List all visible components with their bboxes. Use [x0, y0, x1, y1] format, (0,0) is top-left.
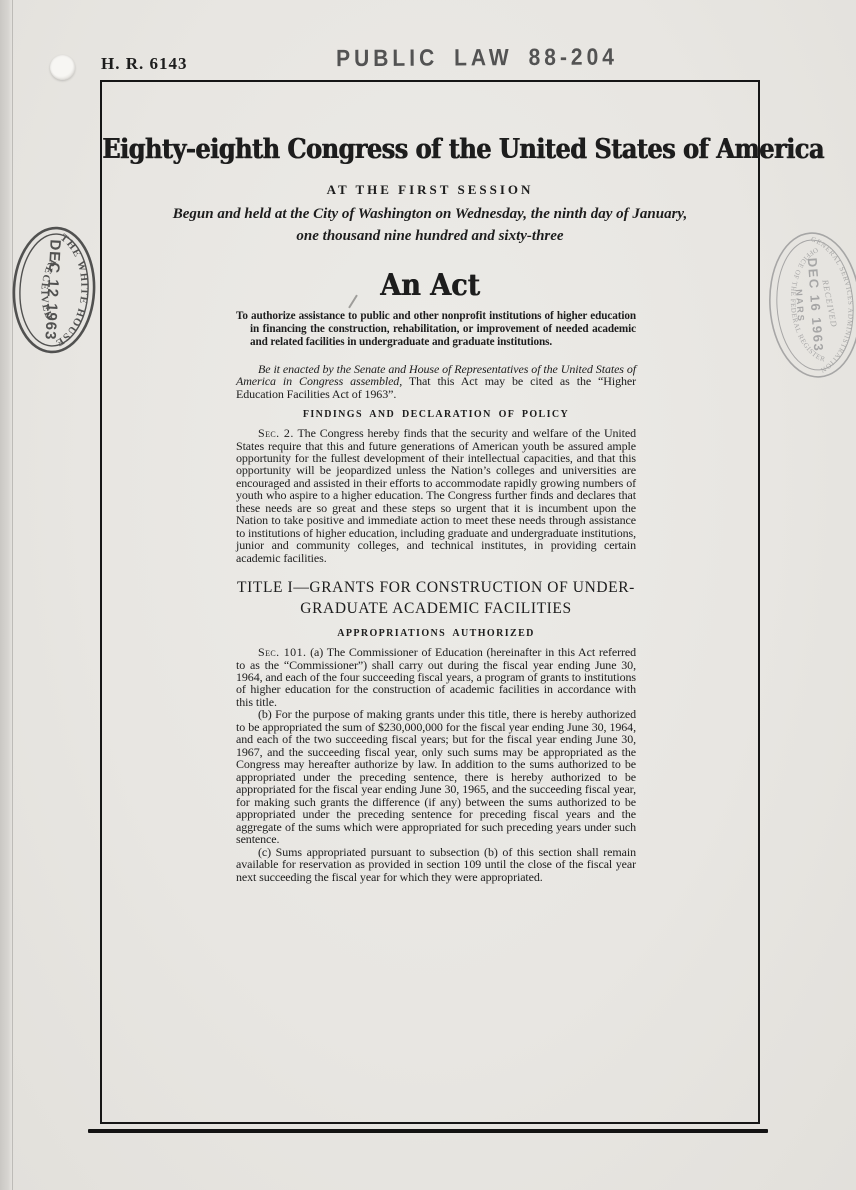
act-heading: An Act: [102, 268, 758, 302]
section-101a-paragraph: Sec. 101. (a) The Commissioner of Educat…: [236, 646, 636, 708]
session-line: AT THE FIRST SESSION: [102, 182, 758, 198]
scanned-page: H. R. 6143 PUBLIC LAW 88-204 Eighty-eigh…: [0, 0, 856, 1190]
bottom-rule: [88, 1129, 768, 1133]
appropriations-heading: APPROPRIATIONS AUTHORIZED: [236, 628, 636, 639]
act-purpose: To authorize assistance to public and ot…: [236, 310, 636, 350]
begun-line-1: Begun and held at the City of Washington…: [102, 204, 758, 226]
bill-number: H. R. 6143: [101, 54, 188, 74]
section-2-text: The Congress hereby finds that the secur…: [236, 426, 636, 565]
section-2-paragraph: Sec. 2. The Congress hereby finds that t…: [236, 427, 636, 564]
begun-lines: Begun and held at the City of Washington…: [102, 204, 758, 248]
punch-hole: [50, 55, 75, 80]
act-body: To authorize assistance to public and ot…: [236, 310, 636, 883]
section-101c-paragraph: (c) Sums appropriated pursuant to subsec…: [236, 846, 636, 883]
title-1-heading-line-2: GRADUATE ACADEMIC FACILITIES: [236, 599, 636, 620]
nars-stamp-date: DEC 16 1963: [805, 257, 827, 352]
document-border-box: Eighty-eighth Congress of the United Sta…: [100, 80, 760, 1124]
white-house-stamp: THE WHITE HOUSE DEC 12 1963 RECEIVED: [7, 220, 102, 360]
nars-received-stamp: GENERAL SERVICES ADMINISTRATION RECEIVED…: [760, 224, 856, 387]
congress-title: Eighty-eighth Congress of the United Sta…: [102, 132, 758, 164]
scan-edge: [0, 0, 13, 1190]
findings-heading: FINDINGS AND DECLARATION OF POLICY: [236, 409, 636, 420]
enacting-clause: Be it enacted by the Senate and House of…: [236, 363, 636, 400]
section-101b-paragraph: (b) For the purpose of making grants und…: [236, 708, 636, 845]
public-law-stamp: PUBLIC LAW 88-204: [336, 44, 618, 73]
begun-line-2: one thousand nine hundred and sixty-thre…: [102, 226, 758, 248]
title-1-heading-line-1: TITLE I—GRANTS FOR CONSTRUCTION OF UNDER…: [236, 578, 636, 599]
title-1-heading: TITLE I—GRANTS FOR CONSTRUCTION OF UNDER…: [236, 578, 636, 620]
